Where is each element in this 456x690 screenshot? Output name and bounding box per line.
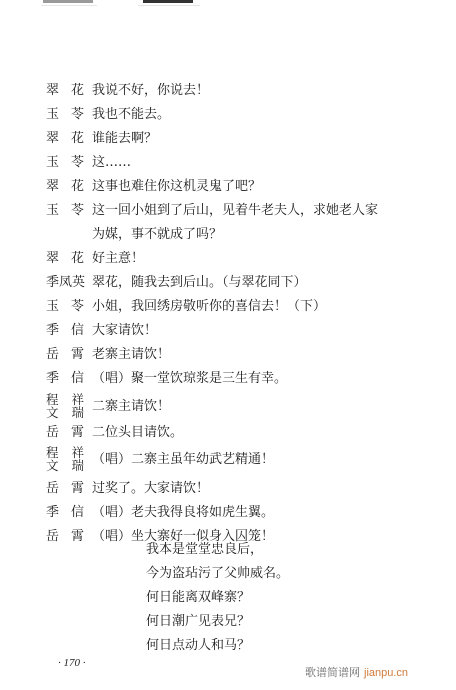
top-rule	[41, 5, 97, 6]
speaker-name: 翠花	[46, 250, 84, 267]
dialogue-line: 季信 大家请饮！	[46, 322, 426, 339]
dialogue-line: 翠花 这事也难住你这机灵鬼了吧？	[46, 178, 426, 195]
dialogue-line: 季信 （唱）聚一堂饮琼浆是三生有幸。	[46, 370, 426, 387]
speaker-name: 岳霄	[46, 346, 84, 363]
page-number: · 170 ·	[58, 657, 86, 669]
speaker-name: 季信	[46, 322, 84, 339]
speaker-name: 程祥 文瑞	[46, 446, 84, 472]
speech-text: 这事也难住你这机灵鬼了吧？	[92, 178, 426, 195]
speaker-name: 季凤英	[46, 274, 92, 291]
speech-text: 谁能去啊？	[92, 130, 426, 147]
speech-text: 二寨主请饮！	[92, 398, 426, 415]
verse-line: 我本是堂堂忠良后，	[146, 541, 263, 558]
speech-text: 翠花，随我去到后山。（与翠花同下）	[92, 274, 426, 291]
dialogue-line: 季信 （唱）老夫我得良将如虎生翼。	[46, 504, 426, 521]
verse-line: 何日潮广见表兄？	[146, 613, 250, 630]
speaker-name: 季信	[46, 504, 84, 521]
speaker-name: 岳霄	[46, 528, 84, 545]
speaker-name: 翠花	[46, 178, 84, 195]
dialogue-line: 程祥 文瑞 二寨主请饮！	[46, 393, 426, 419]
top-rule	[138, 5, 200, 6]
speaker-name: 岳霄	[46, 424, 84, 441]
speaker-name: 玉苓	[46, 298, 84, 315]
speaker-name: 玉苓	[46, 154, 84, 171]
speech-text: 我也不能去。	[92, 106, 426, 123]
verse-line: 何日能离双峰寨？	[146, 589, 250, 606]
dialogue-line: 翠花 好主意！	[46, 250, 426, 267]
speech-text: 老寨主请饮！	[92, 346, 426, 363]
script-body: 翠花 我说不好，你说去！ 玉苓 我也不能去。 翠花 谁能去啊？ 玉苓 这…… 翠…	[46, 82, 426, 552]
speech-text: 大家请饮！	[92, 322, 426, 339]
speech-text: 二位头目请饮。	[92, 424, 426, 441]
speech-text: 小姐，我回绣房敬听你的喜信去！（下）	[92, 298, 426, 315]
dialogue-line: 玉苓 我也不能去。	[46, 106, 426, 123]
dialogue-line: 翠花 我说不好，你说去！	[46, 82, 426, 99]
dialogue-line: 程祥 文瑞 （唱）二寨主虽年幼武艺精通！	[46, 446, 426, 472]
dialogue-line: 玉苓 这……	[46, 154, 426, 171]
dialogue-line: 岳霄 过奖了。大家请饮！	[46, 480, 426, 497]
verse-line: 今为盗玷污了父帅威名。	[146, 565, 289, 582]
speaker-name: 程祥 文瑞	[46, 393, 84, 419]
speaker-name: 翠花	[46, 82, 84, 99]
speaker-name: 岳霄	[46, 480, 84, 497]
watermark: 歌谱简谱网jianpu.cn	[305, 664, 408, 680]
speech-text: 这……	[92, 154, 426, 171]
dialogue-line: 玉苓 小姐，我回绣房敬听你的喜信去！（下）	[46, 298, 426, 315]
top-bar-gray	[43, 0, 93, 3]
speaker-name: 玉苓	[46, 106, 84, 123]
speaker-name: 季信	[46, 370, 84, 387]
speech-text: （唱）二寨主虽年幼武艺精通！	[92, 451, 426, 468]
speech-text: 我说不好，你说去！	[92, 82, 426, 99]
speech-text: （唱）聚一堂饮琼浆是三生有幸。	[92, 370, 426, 387]
dialogue-line: 玉苓 这一回小姐到了后山，见着牛老夫人，求她老人家 为媒，事不就成了吗？	[46, 202, 426, 243]
top-bar-dark	[143, 0, 193, 3]
speech-text: （唱）老夫我得良将如虎生翼。	[92, 504, 426, 521]
speaker-name: 玉苓	[46, 202, 84, 219]
watermark-en: jianpu.cn	[364, 667, 408, 679]
speech-text: 好主意！	[92, 250, 426, 267]
dialogue-line: 翠花 谁能去啊？	[46, 130, 426, 147]
speech-text: 过奖了。大家请饮！	[92, 480, 426, 497]
watermark-cn: 歌谱简谱网	[305, 666, 360, 679]
speaker-name: 翠花	[46, 130, 84, 147]
dialogue-line: 岳霄 老寨主请饮！	[46, 346, 426, 363]
dialogue-line: 岳霄 二位头目请饮。	[46, 424, 426, 441]
speech-text: 这一回小姐到了后山，见着牛老夫人，求她老人家 为媒，事不就成了吗？	[92, 202, 426, 243]
speech-continuation: 为媒，事不就成了吗？	[92, 226, 426, 243]
dialogue-line: 季凤英 翠花，随我去到后山。（与翠花同下）	[46, 274, 426, 291]
verse-line: 何日点动人和马？	[146, 637, 250, 654]
